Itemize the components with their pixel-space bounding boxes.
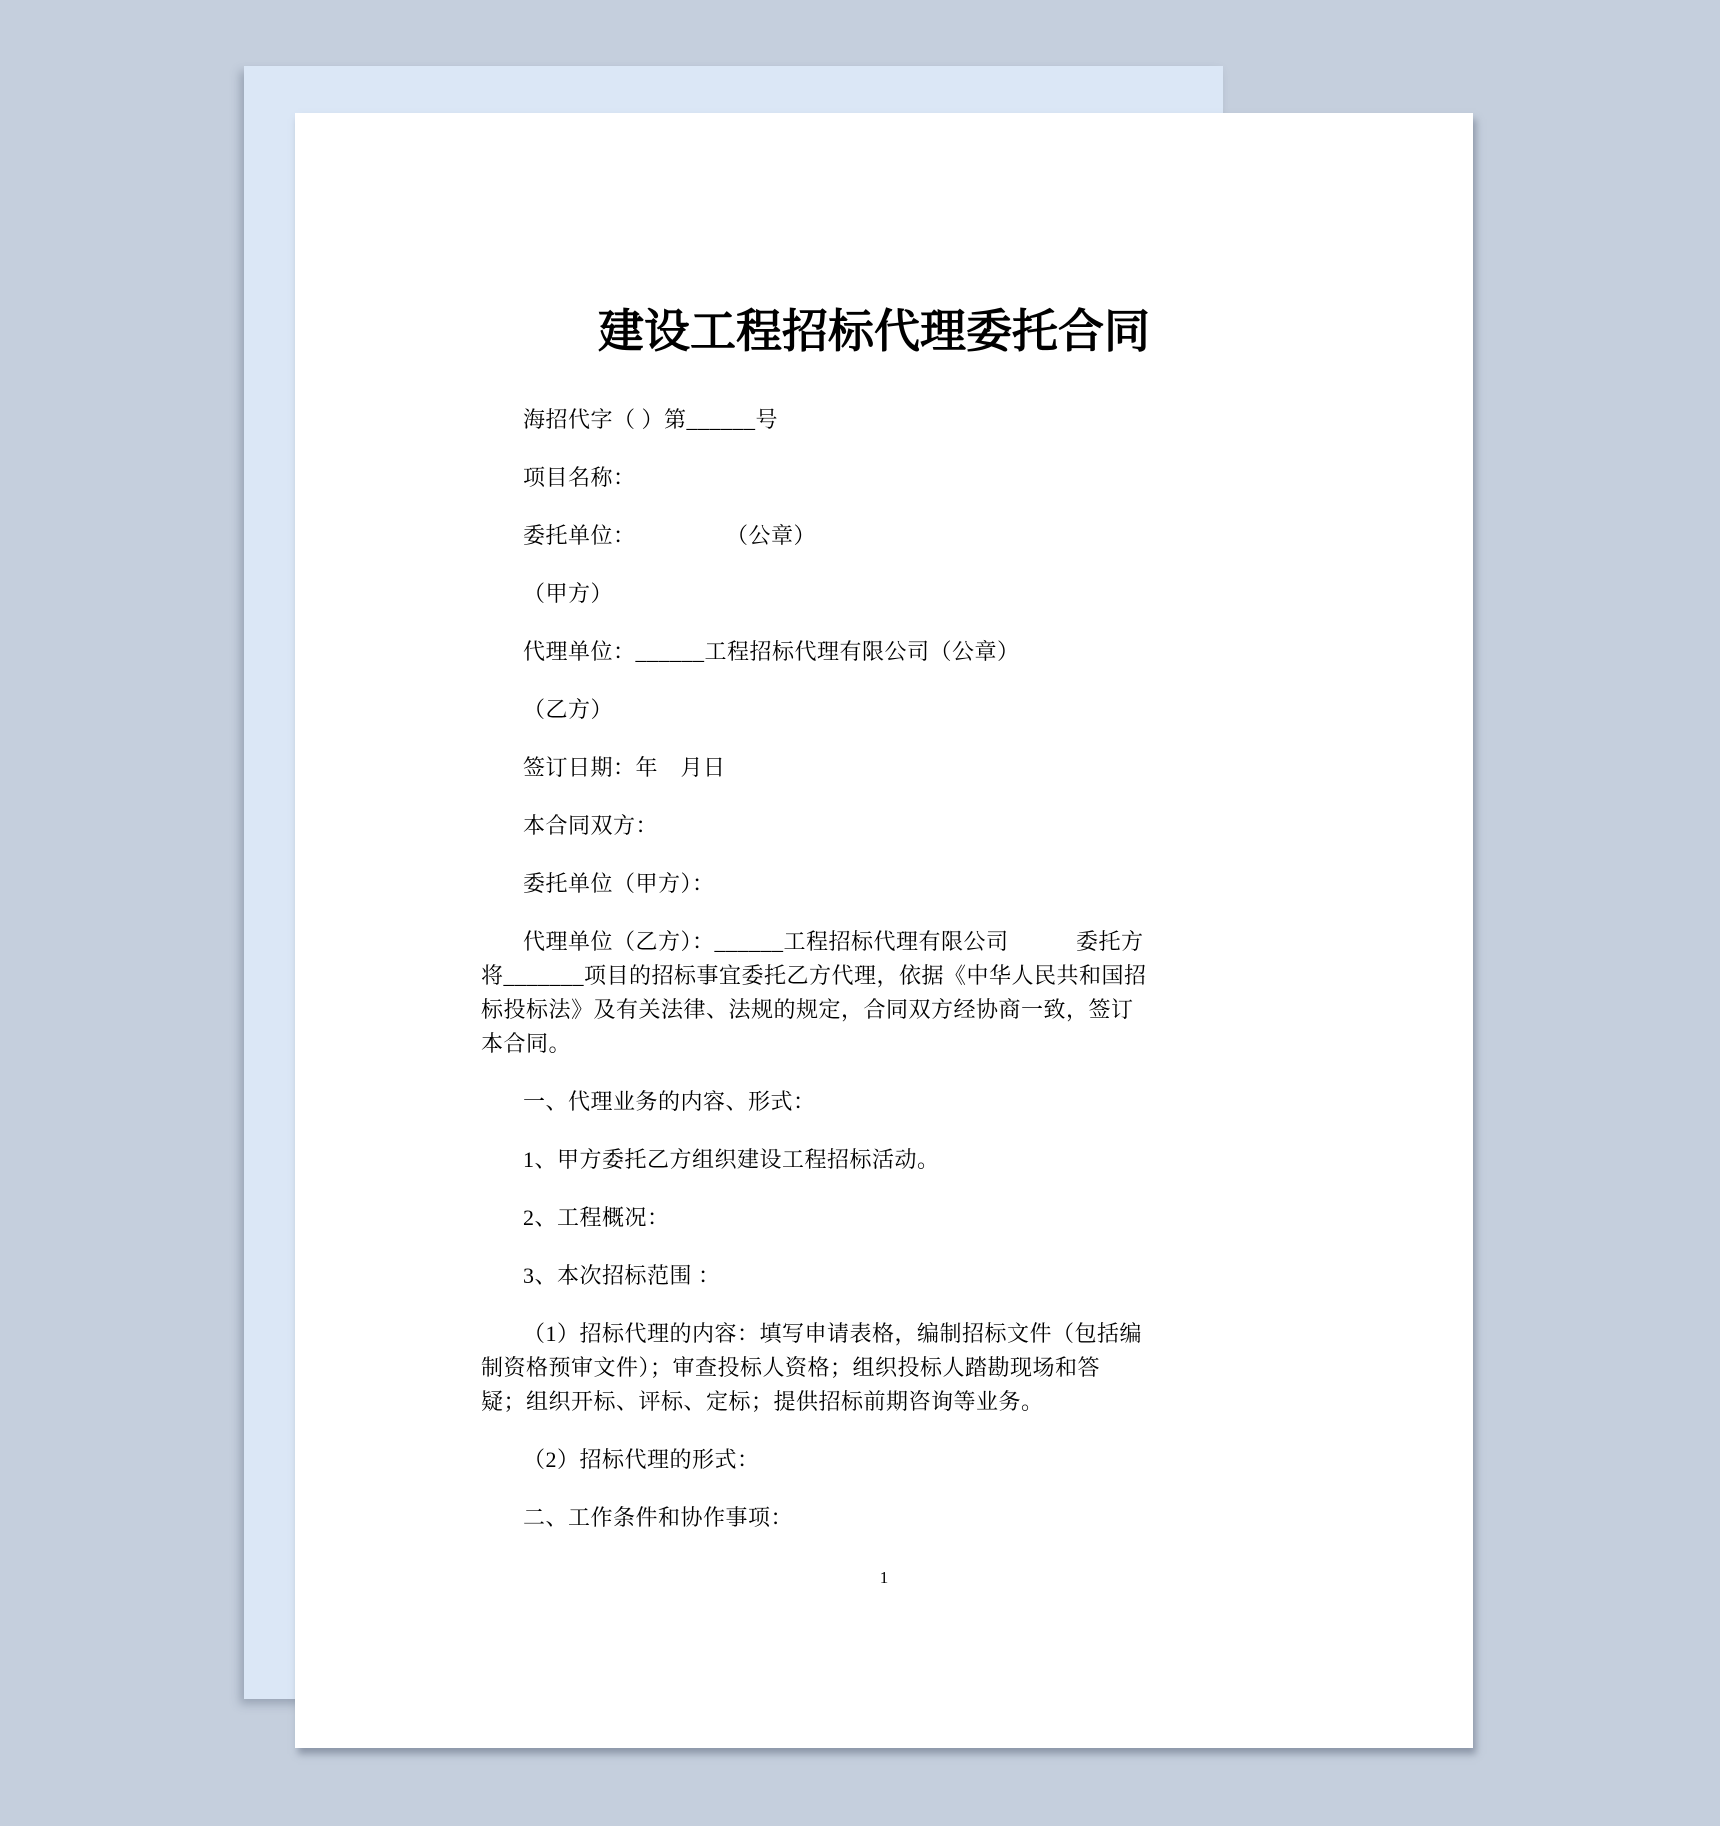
paragraph-item-3-2: （2）招标代理的形式： [481, 1443, 1267, 1477]
paragraph-client-party-a: 委托单位（甲方）： [481, 867, 1267, 901]
paragraph-party-a: （甲方） [481, 577, 1267, 611]
page-number: 1 [295, 1566, 1473, 1590]
document-content: 建设工程招标代理委托合同 海招代字（ ）第______号 项目名称： 委托单位：… [481, 306, 1267, 1559]
paragraph-section-2-heading: 二、工作条件和协作事项： [481, 1501, 1267, 1535]
paragraph-section-1-heading: 一、代理业务的内容、形式： [481, 1085, 1267, 1119]
paragraph-both-parties: 本合同双方： [481, 809, 1267, 843]
document-body: 海招代字（ ）第______号 项目名称： 委托单位： （公章） （甲方） 代理… [481, 403, 1267, 1535]
paragraph-client-unit: 委托单位： （公章） [481, 519, 1267, 553]
document-title: 建设工程招标代理委托合同 [481, 306, 1267, 356]
paragraph-doc-number: 海招代字（ ）第______号 [481, 403, 1267, 437]
paragraph-agent-party-b-intro: 代理单位（乙方）：______工程招标代理有限公司 委托方 将_______项目… [481, 925, 1267, 1061]
paragraph-project-name: 项目名称： [481, 461, 1267, 495]
paragraph-item-1: 1、甲方委托乙方组织建设工程招标活动。 [481, 1143, 1267, 1177]
desktop-background: 建设工程招标代理委托合同 海招代字（ ）第______号 项目名称： 委托单位：… [0, 0, 1720, 1826]
paragraph-sign-date: 签订日期：年 月日 [481, 751, 1267, 785]
paragraph-item-2: 2、工程概况： [481, 1201, 1267, 1235]
paragraph-party-b: （乙方） [481, 693, 1267, 727]
document-page: 建设工程招标代理委托合同 海招代字（ ）第______号 项目名称： 委托单位：… [295, 113, 1473, 1748]
paragraph-item-3-1: （1）招标代理的内容：填写申请表格，编制招标文件（包括编 制资格预审文件）；审查… [481, 1317, 1267, 1419]
paragraph-agent-unit: 代理单位：______工程招标代理有限公司（公章） [481, 635, 1267, 669]
paragraph-item-3: 3、本次招标范围 ： [481, 1259, 1267, 1293]
